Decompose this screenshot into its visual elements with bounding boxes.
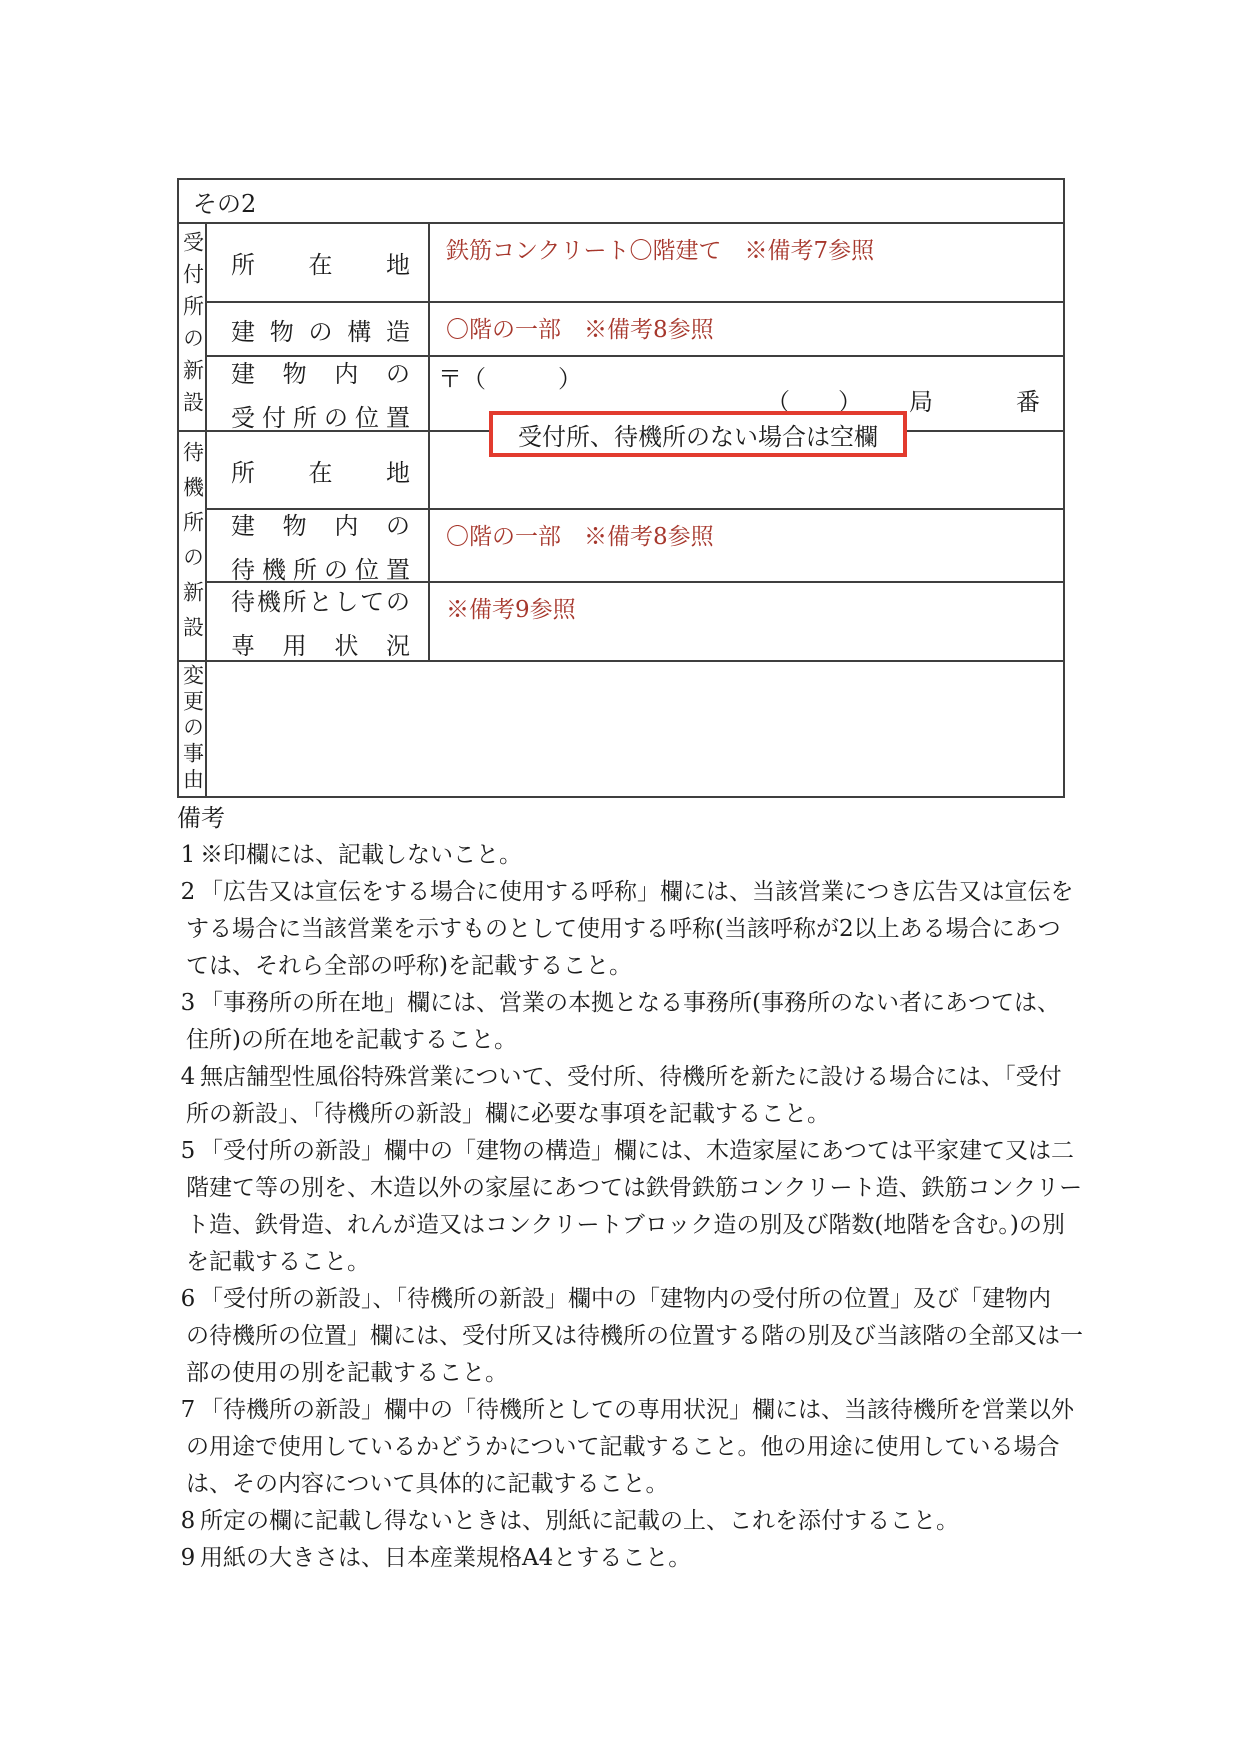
group-waiting-spine: 待機所の新設 bbox=[179, 432, 207, 660]
row-waiting-exclusive-use: 待機所としての 専用状況 ※備考9参照 bbox=[207, 583, 1063, 660]
notes-heading: 備考 bbox=[0, 800, 1241, 837]
row-waiting-position: 建物内の 待機所の位置 〇階の一部 ※備考8参照 bbox=[207, 510, 1063, 583]
note-7-line-2: の用途で使用しているかどうかについて記載すること。他の用途に使用している場合 bbox=[0, 1429, 1241, 1466]
form-table: その2 受付所の新設 所在地 鉄筋コンクリート〇階建て ※備考7参照 建物 bbox=[177, 178, 1065, 798]
reason-for-change-content bbox=[207, 662, 1063, 796]
note-2-line-2: する場合に当該営業を示すものとして使用する呼称(当該呼称が2以上ある場合にあつ bbox=[0, 911, 1241, 948]
red-annotation-note9-ref: ※備考9参照 bbox=[430, 583, 1063, 624]
note-1: 1 ※印欄には、記載しないこと。 bbox=[0, 837, 1241, 874]
red-annotation-structure-sample: 鉄筋コンクリート〇階建て ※備考7参照 bbox=[430, 224, 1063, 265]
note-3: 3 「事務所の所在地」欄には、営業の本拠となる事務所(事務所のない者にあつては、 bbox=[0, 985, 1241, 1022]
note-5-line-2: 階建て等の別を、木造以外の家屋にあつては鉄骨鉄筋コンクリート造、鉄筋コンクリー bbox=[0, 1170, 1241, 1207]
row-waiting-address-label: 所在地 bbox=[207, 432, 430, 508]
note-3-line-2: 住所)の所在地を記載すること。 bbox=[0, 1022, 1241, 1059]
group-reception-spine: 受付所の新設 bbox=[179, 224, 207, 430]
note-7-line-3: は、その内容について具体的に記載すること。 bbox=[0, 1466, 1241, 1503]
row-waiting-position-label: 建物内の 待機所の位置 bbox=[207, 510, 430, 581]
row-building-structure-cell: 〇階の一部 ※備考8参照 bbox=[430, 303, 1063, 355]
note-9: 9 用紙の大きさは、日本産業規格A4とすること。 bbox=[0, 1540, 1241, 1577]
row-reception-address-label: 所在地 bbox=[207, 224, 430, 301]
sheet-label: その2 bbox=[193, 184, 256, 219]
row-reception-address-cell: 鉄筋コンクリート〇階建て ※備考7参照 bbox=[430, 224, 1063, 301]
row-reception-position-label: 建物内の 受付所の位置 bbox=[207, 357, 430, 430]
note-7: 7 「待機所の新設」欄中の「待機所としての専用状況」欄には、当該待機所を営業以外 bbox=[0, 1392, 1241, 1429]
phone-kyoku-label: 局 bbox=[909, 382, 933, 417]
group-reason-for-change: 変更の事由 bbox=[179, 662, 1063, 796]
row-building-structure: 建物の構造 〇階の一部 ※備考8参照 bbox=[207, 303, 1063, 357]
row-building-structure-label: 建物の構造 bbox=[207, 303, 430, 355]
sheet-header-row: その2 bbox=[179, 180, 1063, 224]
note-8: 8 所定の欄に記載し得ないときは、別紙に記載の上、これを添付すること。 bbox=[0, 1503, 1241, 1540]
group-waiting-spine-label: 待機所の新設 bbox=[182, 441, 203, 651]
note-6-line-2: の待機所の位置」欄には、受付所又は待機所の位置する階の別及び当該階の全部又は一 bbox=[0, 1318, 1241, 1355]
group-waiting-area: 待機所の新設 所在地 建物内の 待機所の位置 〇階の一部 ※備考8参照 bbox=[179, 432, 1063, 662]
note-5-line-3: ト造、鉄骨造、れんが造又はコンクリートブロック造の別及び階数(地階を含む。)の別 bbox=[0, 1207, 1241, 1244]
note-2: 2 「広告又は宣伝をする場合に使用する呼称」欄には、当該営業につき広告又は宣伝を bbox=[0, 874, 1241, 911]
red-annotation-waiting-floor-sample: 〇階の一部 ※備考8参照 bbox=[430, 510, 1063, 551]
group-reception-office: 受付所の新設 所在地 鉄筋コンクリート〇階建て ※備考7参照 建物の構造 bbox=[179, 224, 1063, 432]
row-reason-for-change-cell bbox=[207, 662, 1063, 796]
row-waiting-position-cell: 〇階の一部 ※備考8参照 bbox=[430, 510, 1063, 581]
red-callout-text: 受付所、待機所のない場合は空欄 bbox=[518, 417, 878, 452]
red-annotation-floor-sample: 〇階の一部 ※備考8参照 bbox=[430, 303, 1063, 344]
row-waiting-exclusive-use-cell: ※備考9参照 bbox=[430, 583, 1063, 660]
group-reason-spine: 変更の事由 bbox=[179, 662, 207, 796]
row-reception-address: 所在地 鉄筋コンクリート〇階建て ※備考7参照 bbox=[207, 224, 1063, 303]
note-4-line-2: 所の新設」、「待機所の新設」欄に必要な事項を記載すること。 bbox=[0, 1096, 1241, 1133]
note-5: 5 「受付所の新設」欄中の「建物の構造」欄には、木造家屋にあつては平家建て又は二 bbox=[0, 1133, 1241, 1170]
phone-ban-label: 番 bbox=[1016, 382, 1040, 417]
group-reception-spine-label: 受付所の新設 bbox=[182, 231, 203, 423]
note-6-line-3: 部の使用の別を記載すること。 bbox=[0, 1355, 1241, 1392]
row-waiting-exclusive-use-label: 待機所としての 専用状況 bbox=[207, 583, 430, 660]
note-4: 4 無店舗型性風俗特殊営業について、受付所、待機所を新たに設ける場合には、「受付 bbox=[0, 1059, 1241, 1096]
notes-section: 備考 1 ※印欄には、記載しないこと。 2 「広告又は宣伝をする場合に使用する呼… bbox=[0, 800, 1241, 1577]
document-page: その2 受付所の新設 所在地 鉄筋コンクリート〇階建て ※備考7参照 建物 bbox=[0, 0, 1241, 1755]
group-reason-spine-label: 変更の事由 bbox=[182, 664, 203, 794]
postal-code-field: 〒（ ） bbox=[438, 359, 582, 394]
red-callout-box: 受付所、待機所のない場合は空欄 bbox=[489, 411, 907, 457]
note-2-line-3: ては、それら全部の呼称)を記載すること。 bbox=[0, 948, 1241, 985]
note-6: 6 「受付所の新設」、「待機所の新設」欄中の「建物内の受付所の位置」及び「建物内 bbox=[0, 1281, 1241, 1318]
note-5-line-4: を記載すること。 bbox=[0, 1244, 1241, 1281]
